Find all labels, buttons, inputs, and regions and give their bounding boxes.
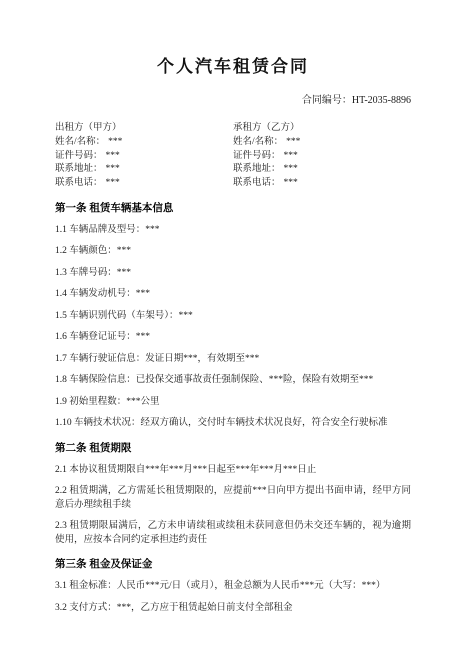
field-value: ***	[106, 151, 120, 161]
field-label: 证件号码：	[233, 151, 281, 161]
section-3-heading: 第三条 租金及保证金	[55, 557, 411, 572]
clause-1-3: 1.3 车牌号码：***	[55, 267, 411, 281]
party-lessee-name: 姓名/名称：***	[233, 136, 411, 150]
clause-1-6: 1.6 车辆登记证号：***	[55, 331, 411, 345]
field-label: 联系地址：	[233, 164, 281, 174]
field-value: ***	[108, 137, 122, 147]
section-2-heading: 第二条 租赁期限	[55, 441, 411, 456]
clause-1-9: 1.9 初始里程数：***公里	[55, 396, 411, 410]
clause-1-2: 1.2 车辆颜色：***	[55, 245, 411, 259]
clause-1-1: 1.1 车辆品牌及型号：***	[55, 224, 411, 238]
parties-block: 出租方（甲方） 姓名/名称：*** 证件号码：*** 联系地址：*** 联系电话…	[55, 122, 411, 191]
party-lessor-role: 出租方（甲方）	[55, 122, 233, 136]
field-value: ***	[284, 164, 298, 174]
field-value: ***	[286, 137, 300, 147]
section-1-heading: 第一条 租赁车辆基本信息	[55, 201, 411, 216]
party-lessee-id: 证件号码：***	[233, 150, 411, 164]
field-label: 证件号码：	[55, 151, 103, 161]
field-value: ***	[106, 164, 120, 174]
party-lessor-phone: 联系电话：***	[55, 177, 233, 191]
contract-number: 合同编号：HT-2035-8896	[55, 94, 411, 107]
party-lessor-address: 联系地址：***	[55, 163, 233, 177]
party-lessor-id: 证件号码：***	[55, 150, 233, 164]
field-label: 联系电话：	[55, 178, 103, 188]
contract-number-label: 合同编号：	[302, 95, 352, 106]
page-title: 个人汽车租赁合同	[55, 56, 411, 78]
clause-2-1: 2.1 本协议租赁期限自***年***月***日起至***年***月***日止	[55, 464, 411, 478]
clause-1-5: 1.5 车辆识别代码（车架号）：***	[55, 310, 411, 324]
field-value: ***	[284, 178, 298, 188]
field-value: ***	[106, 178, 120, 188]
party-lessee-role: 承租方（乙方）	[233, 122, 411, 136]
party-lessee-address: 联系地址：***	[233, 163, 411, 177]
clause-1-10: 1.10 车辆技术状况：经双方确认，交付时车辆技术状况良好，符合安全行驶标准	[55, 417, 411, 431]
party-lessor: 出租方（甲方） 姓名/名称：*** 证件号码：*** 联系地址：*** 联系电话…	[55, 122, 233, 191]
field-label: 姓名/名称：	[233, 137, 283, 147]
party-lessee: 承租方（乙方） 姓名/名称：*** 证件号码：*** 联系地址：*** 联系电话…	[233, 122, 411, 191]
party-lessor-name: 姓名/名称：***	[55, 136, 233, 150]
clause-3-1: 3.1 租金标准：人民币***元/日（或月），租金总额为人民币***元（大写：*…	[55, 580, 411, 594]
contract-number-value: HT-2035-8896	[352, 95, 411, 106]
contract-body: 第一条 租赁车辆基本信息 1.1 车辆品牌及型号：*** 1.2 车辆颜色：**…	[55, 201, 411, 616]
field-label: 联系地址：	[55, 164, 103, 174]
field-label: 联系电话：	[233, 178, 281, 188]
clause-2-3: 2.3 租赁期限届满后，乙方未申请续租或续租未获同意但仍未交还车辆的，视为逾期使…	[55, 520, 411, 547]
clause-2-2: 2.2 租赁期满，乙方需延长租赁期限的，应提前***日向甲方提出书面申请，经甲方…	[55, 485, 411, 512]
clause-1-8: 1.8 车辆保险信息：已投保交通事故责任强制保险、***险，保险有效期至***	[55, 374, 411, 388]
party-lessee-phone: 联系电话：***	[233, 177, 411, 191]
field-label: 姓名/名称：	[55, 137, 105, 147]
contract-page: 个人汽车租赁合同 合同编号：HT-2035-8896 出租方（甲方） 姓名/名称…	[0, 0, 463, 655]
clause-1-7: 1.7 车辆行驶证信息：发证日期***，有效期至***	[55, 353, 411, 367]
clause-3-2: 3.2 支付方式：***，乙方应于租赁起始日前支付全部租金	[55, 602, 411, 616]
field-value: ***	[284, 151, 298, 161]
clause-1-4: 1.4 车辆发动机号：***	[55, 288, 411, 302]
